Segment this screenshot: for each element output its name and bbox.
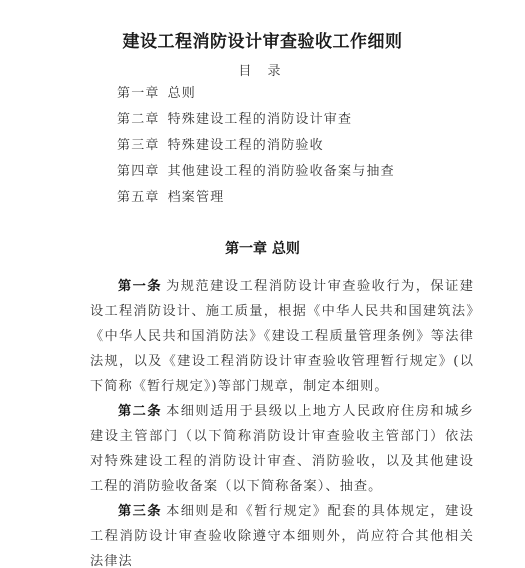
toc-chapter-number: 第三章 — [117, 138, 160, 153]
article-paragraph: 第三条本细则是和《暂行规定》配套的具体规定，建设工程消防设计审查验收除遵守本细则… — [90, 499, 474, 568]
toc-chapter-number: 第五章 — [117, 190, 160, 205]
table-of-contents: 第一章总则 第二章特殊建设工程的消防设计审查 第三章特殊建设工程的消防验收 第四… — [117, 84, 395, 214]
article-label: 第一条 — [118, 279, 162, 294]
article-label: 第三条 — [118, 504, 162, 519]
toc-chapter-label: 档案管理 — [168, 190, 225, 205]
toc-item[interactable]: 第三章特殊建设工程的消防验收 — [117, 136, 395, 162]
toc-heading: 目 录 — [0, 60, 525, 79]
toc-item[interactable]: 第四章其他建设工程的消防验收备案与抽查 — [117, 162, 395, 188]
article-text: 为规范建设工程消防设计审查验收行为，保证建设工程消防设计、施工质量，根据《中华人… — [90, 279, 474, 394]
toc-chapter-label: 特殊建设工程的消防验收 — [168, 138, 324, 153]
document-page: 建设工程消防设计审查验收工作细则 目 录 第一章总则 第二章特殊建设工程的消防设… — [0, 0, 525, 568]
article-paragraph: 第一条为规范建设工程消防设计审查验收行为，保证建设工程消防设计、施工质量，根据《… — [90, 274, 474, 399]
document-title: 建设工程消防设计审查验收工作细则 — [0, 27, 525, 52]
toc-item[interactable]: 第五章档案管理 — [117, 188, 395, 214]
toc-chapter-number: 第二章 — [117, 112, 160, 127]
chapter-body: 第一条为规范建设工程消防设计审查验收行为，保证建设工程消防设计、施工质量，根据《… — [90, 274, 474, 568]
toc-chapter-label: 特殊建设工程的消防设计审查 — [168, 112, 353, 127]
toc-item[interactable]: 第一章总则 — [117, 84, 395, 110]
article-paragraph: 第二条本细则适用于县级以上地方人民政府住房和城乡建设主管部门（以下简称消防设计审… — [90, 399, 474, 499]
toc-chapter-number: 第四章 — [117, 164, 160, 179]
toc-item[interactable]: 第二章特殊建设工程的消防设计审查 — [117, 110, 395, 136]
toc-chapter-label: 其他建设工程的消防验收备案与抽查 — [168, 164, 395, 179]
toc-chapter-label: 总则 — [168, 86, 196, 101]
article-label: 第二条 — [118, 404, 162, 419]
chapter-heading: 第一章 总则 — [0, 238, 525, 258]
toc-chapter-number: 第一章 — [117, 86, 160, 101]
